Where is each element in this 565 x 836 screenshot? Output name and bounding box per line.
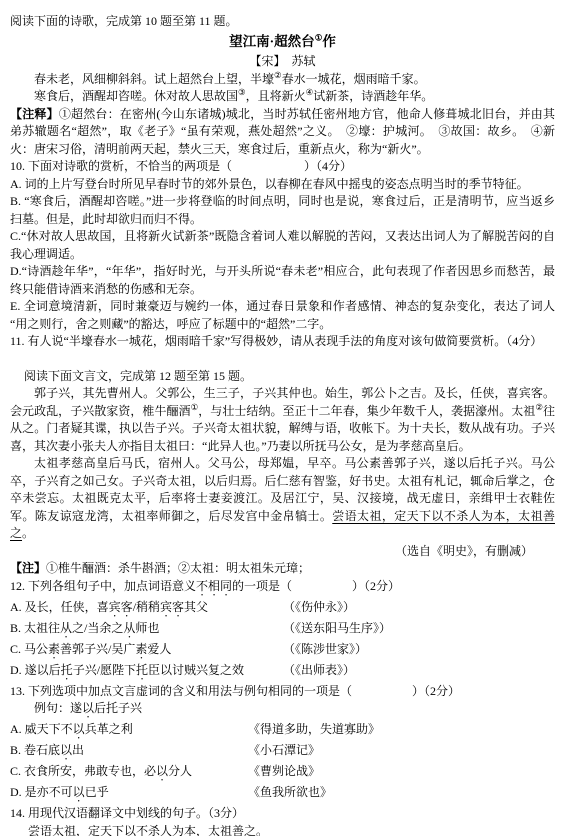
q12-option-a-text: A. 及长，任侠，喜宾客/稍稍宾客其父 — [10, 599, 283, 620]
q10-option-d: D.“诗酒趁年华”，“年华”，指好时光，与开头所说“春未老”相应合，此句表现了作… — [10, 263, 555, 298]
q13-example-dotted: 以 — [82, 701, 94, 715]
q13-option-a: A. 威天下不以兵革之利《得道多助，失道寡助》 — [10, 721, 555, 742]
poem-title-suffix: 作 — [322, 34, 336, 49]
q13-b-suf: 出 — [72, 743, 84, 757]
poem-notes: 【注释】①超然台：在密州(今山东诸城)城北，当时苏轼任密州地方官，他命人修葺城北… — [10, 106, 555, 159]
q10-option-a: A. 词的上片写登台时所见早春时节的郊外景色，以春柳在春风中摇曳的姿态点明当时的… — [10, 176, 555, 194]
q12-a-mid: /稍稍 — [133, 600, 160, 614]
q12-c-pre: C. 马公 — [10, 642, 48, 656]
q13-option-c-source: 《曹刿论战》 — [248, 764, 320, 778]
q12-option-c: C. 马公素善郭子兴/吴广素爱人（《陈涉世家》） — [10, 641, 555, 662]
poem-line-2-text: 寒食后，酒醒却咨嗟。休对故人思故国 — [34, 89, 238, 103]
poem-line-1-text: 春未老，风细柳斜斜。试上超然台上望，半壕 — [34, 72, 274, 86]
q12-option-a: A. 及长，任侠，喜宾客/稍稍宾客其父（《伤仲永》） — [10, 599, 555, 620]
poem-section-intro: 阅读下面的诗歌，完成第 10 题至第 11 题。 — [10, 13, 555, 31]
poem-title: 望江南·超然台①作 — [10, 31, 555, 52]
q12-b-suf: 师也 — [135, 621, 159, 635]
poem-note-ref-3: ③ — [238, 87, 246, 97]
prose-notes: 【注】①椎牛酾酒：杀牛斟酒；②太祖：明太祖朱元璋； — [10, 560, 555, 578]
poem-line-2: 寒食后，酒醒却咨嗟。休对故人思故国③，且将新火④试新茶，诗酒趁年华。 — [10, 88, 555, 106]
q13-example-suf: 后托子兴 — [94, 701, 142, 715]
poem-title-main: 望江南·超然台 — [229, 34, 315, 49]
q13-option-c: C. 衣食所安，弗敢专也，必以分人《曹刿论战》 — [10, 763, 555, 784]
q12-option-c-text: C. 马公素善郭子兴/吴广素爱人 — [10, 641, 283, 662]
q13-option-b-text: B. 卷石底以出 — [10, 742, 248, 763]
q13-d-dotted: 以 — [73, 785, 85, 799]
poem-notes-label: 【注释】 — [10, 107, 59, 121]
q13-d-pre: D. 是亦不可 — [10, 785, 73, 799]
q13-example-pre: 例句：遂 — [34, 701, 82, 715]
q12-option-b-source: （《送东阳马生序》） — [283, 621, 391, 635]
q12-c-suf: 爱人 — [147, 642, 171, 656]
q12-c-dotted-1: 素 — [48, 642, 60, 656]
q12-stem: 12. 下列各组句子中，加点词语意义不相同的一项是（ ）（2分） — [10, 578, 555, 599]
q12-stem-emphasized: 不相同 — [196, 579, 232, 593]
poem-line-2-text-c: 试新茶，诗酒趁年华。 — [313, 89, 433, 103]
q13-option-b: B. 卷石底以出《小石潭记》 — [10, 742, 555, 763]
prose-source-attribution: （选自《明史》，有删减） — [10, 543, 555, 561]
prose-notes-text: ①椎牛酾酒：杀牛斟酒；②太祖：明太祖朱元璋； — [46, 561, 310, 575]
q13-c-suf: 分人 — [168, 764, 192, 778]
q12-b-dotted-2: 从 — [123, 621, 135, 635]
q13-option-a-source: 《得道多助，失道寡助》 — [248, 722, 380, 736]
q13-c-dotted: 以 — [156, 764, 168, 778]
exam-page: 阅读下面的诗歌，完成第 10 题至第 11 题。 望江南·超然台①作 【宋】 苏… — [0, 0, 565, 836]
q12-d-dotted-2: 托 — [136, 663, 148, 677]
q14-sentence-to-translate: 尝语太祖，定天下以不杀人为本，太祖善之。 — [28, 823, 555, 836]
q12-stem-pre: 12. 下列各组句子中，加点词语意义 — [10, 579, 196, 593]
prose-note-ref-2: ② — [535, 402, 543, 412]
q12-b-pre: B. 太祖往 — [10, 621, 60, 635]
q12-d-dotted-1: 托 — [61, 663, 73, 677]
prose-paragraph-2: 太祖孝慈高皇后马氏，宿州人。父马公，母郑媪，早卒。马公素善郭子兴，遂以后托子兴。… — [10, 455, 555, 543]
q12-option-a-source: （《伤仲永》） — [283, 600, 355, 614]
q10-stem: 10. 下面对诗歌的赏析，不恰当的两项是（ ）（4分） — [10, 158, 555, 176]
q13-a-suf: 兵革之利 — [85, 722, 133, 736]
q10-option-c: C.“休对故人思故国，且将新火试新茶”既隐含着词人难以解脱的苦闷，又表达出词人为… — [10, 228, 555, 263]
q10-option-e: E. 全词意境清新，同时兼豪迈与婉约一体，通过春日景象和作者感情、神态的复杂变化… — [10, 298, 555, 333]
q13-option-b-source: 《小石潭记》 — [248, 743, 320, 757]
q13-c-pre: C. 衣食所安，弗敢专也，必 — [10, 764, 156, 778]
q12-option-c-source: （《陈涉世家》） — [283, 642, 367, 656]
q12-a-dotted-2: 宾客 — [160, 600, 184, 614]
q12-stem-suf: 的一项是（ ）（2分） — [232, 579, 400, 593]
q12-d-suf: 臣以讨贼兴复之效 — [148, 663, 244, 677]
q12-option-b: B. 太祖往从之/当余之从师也（《送东阳马生序》） — [10, 620, 555, 641]
prose-section-intro: 阅读下面文言文，完成第 12 题至第 15 题。 — [24, 368, 555, 386]
q12-c-mid: 善郭子兴/吴广 — [60, 642, 135, 656]
q13-b-pre: B. 卷石底 — [10, 743, 60, 757]
q12-d-pre: D. 遂以后 — [10, 663, 61, 677]
q13-option-d-source: 《鱼我所欲也》 — [248, 785, 332, 799]
q12-d-mid: 子兴/愿陛下 — [73, 663, 136, 677]
q12-option-d-source: （《出师表》） — [283, 663, 355, 677]
poem-note-ref-2: ② — [274, 70, 282, 80]
q13-a-pre: A. 威天下不 — [10, 722, 73, 736]
poem-author: 【宋】 苏轼 — [10, 52, 555, 71]
q12-option-d: D. 遂以后托子兴/愿陛下托臣以讨贼兴复之效（《出师表》） — [10, 662, 555, 683]
q13-option-a-text: A. 威天下不以兵革之利 — [10, 721, 248, 742]
prose-p1-text-b: ，与壮士结纳。至正十二年春，集少年数千人，袭据濠州。太祖 — [198, 404, 535, 418]
q12-c-dotted-2: 素 — [135, 642, 147, 656]
poem-line-2-text-b: ，且将新火 — [246, 89, 306, 103]
q12-a-dotted-1: 宾客 — [109, 600, 133, 614]
q13-option-d: D. 是亦不可以已乎《鱼我所欲也》 — [10, 784, 555, 805]
q13-option-d-text: D. 是亦不可以已乎 — [10, 784, 248, 805]
q12-b-mid: 之/当余之 — [72, 621, 123, 635]
poem-notes-text: ①超然台：在密州(今山东诸城)城北，当时苏轼任密州地方官，他命人修葺城北旧台，并… — [10, 107, 555, 156]
q13-b-dotted: 以 — [60, 743, 72, 757]
poem-line-1-text-b: 春水一城花，烟雨暗千家。 — [282, 72, 426, 86]
q12-option-b-text: B. 太祖往从之/当余之从师也 — [10, 620, 283, 641]
q14-stem: 14. 用现代汉语翻译文中划线的句子。（3分） — [10, 805, 555, 823]
q12-b-dotted-1: 从 — [60, 621, 72, 635]
q12-a-suf: 其父 — [184, 600, 208, 614]
q13-option-c-text: C. 衣食所安，弗敢专也，必以分人 — [10, 763, 248, 784]
q13-d-suf: 已乎 — [85, 785, 109, 799]
q11-stem: 11. 有人说“半壕春水一城花，烟雨暗千家”写得极妙，请从表现手法的角度对该句做… — [10, 333, 555, 351]
q10-option-b: B. “寒食后，酒醒却咨嗟。”进一步将登临的时间点明，同时也是说，寒食过后，正是… — [10, 193, 555, 228]
q13-example: 例句：遂以后托子兴 — [34, 700, 555, 721]
prose-notes-label: 【注】 — [10, 561, 46, 575]
poem-line-1: 春未老，风细柳斜斜。试上超然台上望，半壕②春水一城花，烟雨暗千家。 — [10, 71, 555, 89]
prose-paragraph-1: 郭子兴，其先曹州人。父郭公，生三子，子兴其仲也。始生，郭公卜之吉。及长，任侠，喜… — [10, 385, 555, 455]
prose-p2-text-b: 。 — [22, 526, 34, 540]
q13-stem: 13. 下列选项中加点文言虚词的含义和用法与例句相同的一项是（ ）（2分） — [10, 683, 555, 701]
q12-a-pre: A. 及长，任侠，喜 — [10, 600, 109, 614]
q12-option-d-text: D. 遂以后托子兴/愿陛下托臣以讨贼兴复之效 — [10, 662, 283, 683]
q13-a-dotted: 以 — [73, 722, 85, 736]
